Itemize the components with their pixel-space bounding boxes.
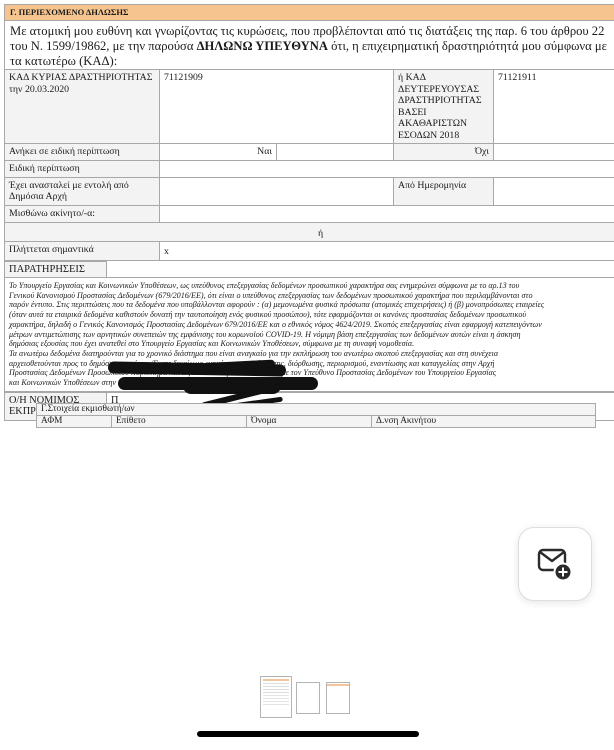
from-date-label: Από Ημερομηνία <box>394 177 494 205</box>
kad-secondary-label: ή ΚΑΔ ΔΕΥΤΕΡΕΥΟΥΣΑΣ ΔΡΑΣΤΗΡΙΟΤΗΤΑΣ ΒΑΣΕΙ… <box>394 70 494 144</box>
intro-line: Με ατομική μου ευθύνη και γνωρίζοντας τι… <box>10 24 614 39</box>
from-date-field[interactable] <box>494 177 614 205</box>
home-indicator[interactable] <box>197 731 419 737</box>
privacy-notice-line: παρόν έντυπο. Στις περιπτώσεις που τα δε… <box>9 300 614 310</box>
page-thumbnail-2[interactable] <box>296 682 320 714</box>
privacy-notice-line: Τα ανωτέρω δεδομένα διατηρούνται για το … <box>9 349 614 359</box>
intro-text: ότι, η επιχειρηματική δραστηριότητά μου … <box>328 39 607 53</box>
envelope-plus-icon <box>519 528 591 600</box>
or-separator: ή <box>5 222 614 242</box>
column-header-afm: ΑΦΜ <box>37 416 112 428</box>
declaration-form-table: ΚΑΔ ΚΥΡΙΑΣ ΔΡΑΣΤΗΡΙΟΤΗΤΑΣ την 20.03.2020… <box>4 69 614 261</box>
special-case-detail-field[interactable] <box>160 160 614 177</box>
no-label: Όχι <box>394 144 494 161</box>
column-header-address: Δ.νση Ακινήτου <box>372 416 596 428</box>
affected-field[interactable]: x <box>160 242 614 261</box>
intro-line: του Ν. 1599/19862, με την παρούσα ΔΗΛΩΝΩ… <box>10 39 614 54</box>
suspended-label: Έχει ανασταλεί με εντολή από Δημόσια Αρχ… <box>5 177 160 205</box>
column-header-surname: Επίθετο <box>112 416 247 428</box>
page-thumbnail-3[interactable] <box>326 682 350 714</box>
privacy-notice-line: (όταν αυτά τα εταιρικά δεδομένα καθιστού… <box>9 310 614 320</box>
intro-bold-text: ΔΗΛΩΝΩ ΥΠΕΥΘΥΝΑ <box>197 39 328 53</box>
yes-label: Ναι <box>160 144 277 161</box>
intro-line: τα κατωτέρω (ΚΑΔ): <box>10 54 614 69</box>
privacy-notice: Το Υπουργείο Εργασίας και Κοινωνικών Υπο… <box>4 278 614 392</box>
remarks-label: ΠΑΡΑΤΗΡΗΣΕΙΣ <box>5 261 107 278</box>
kad-main-value[interactable]: 71121909 <box>160 70 394 144</box>
mail-add-button[interactable] <box>518 527 592 601</box>
kad-secondary-value[interactable]: 71121911 <box>494 70 614 144</box>
kad-main-label: ΚΑΔ ΚΥΡΙΑΣ ΔΡΑΣΤΗΡΙΟΤΗΤΑΣ την 20.03.2020 <box>5 70 160 144</box>
yes-field[interactable] <box>277 144 394 161</box>
privacy-notice-line: αρχειοθετούνται προς το δημόσιο συμφέρον… <box>9 359 614 369</box>
section-title: Γ. ΠΕΡΙΕΧΟΜΕΝΟ ΔΗΛΩΣΗΣ <box>4 4 614 21</box>
lessor-details-table: Γ.Στοιχεία εκμισθωτή/ων ΑΦΜ Επίθετο Όνομ… <box>36 403 596 428</box>
special-case-detail-label: Ειδική περίπτωση <box>5 160 160 177</box>
special-case-label: Ανήκει σε ειδική περίπτωση <box>5 144 160 161</box>
affected-label: Πλήττεται σημαντικά <box>5 242 160 261</box>
no-field[interactable] <box>494 144 614 161</box>
privacy-notice-line: χαρακτήρα, δηλαδή ο Γενικός Κανονισμός Π… <box>9 320 614 330</box>
privacy-notice-line: Γενικού Κανονισμού Προστασίας Δεδομένων … <box>9 291 614 301</box>
intro-text: του Ν. 1599/19862, με την παρούσα <box>10 39 197 53</box>
column-header-name: Όνομα <box>247 416 372 428</box>
remarks-field[interactable] <box>107 261 614 278</box>
suspended-field[interactable] <box>160 177 394 205</box>
remarks-table: ΠΑΡΑΤΗΡΗΣΕΙΣ <box>4 261 614 279</box>
declaration-document: Γ. ΠΕΡΙΕΧΟΜΕΝΟ ΔΗΛΩΣΗΣ Με ατομική μου ευ… <box>4 4 614 421</box>
intro-paragraph: Με ατομική μου ευθύνη και γνωρίζοντας τι… <box>4 21 614 69</box>
privacy-notice-line: δημόσιας εξουσίας που έχει ανατεθεί στο … <box>9 339 614 349</box>
lessor-property-label: Μισθώνω ακίνητο/-α: <box>5 205 160 222</box>
lessor-property-field[interactable] <box>160 205 614 222</box>
lessor-details-title: Γ.Στοιχεία εκμισθωτή/ων <box>37 404 596 416</box>
privacy-notice-line: μέτρων αντιμετώπισης των αρνητικών συνεπ… <box>9 330 614 340</box>
privacy-notice-line: Το Υπουργείο Εργασίας και Κοινωνικών Υπο… <box>9 281 614 291</box>
page-thumbnail-1[interactable] <box>260 676 292 718</box>
